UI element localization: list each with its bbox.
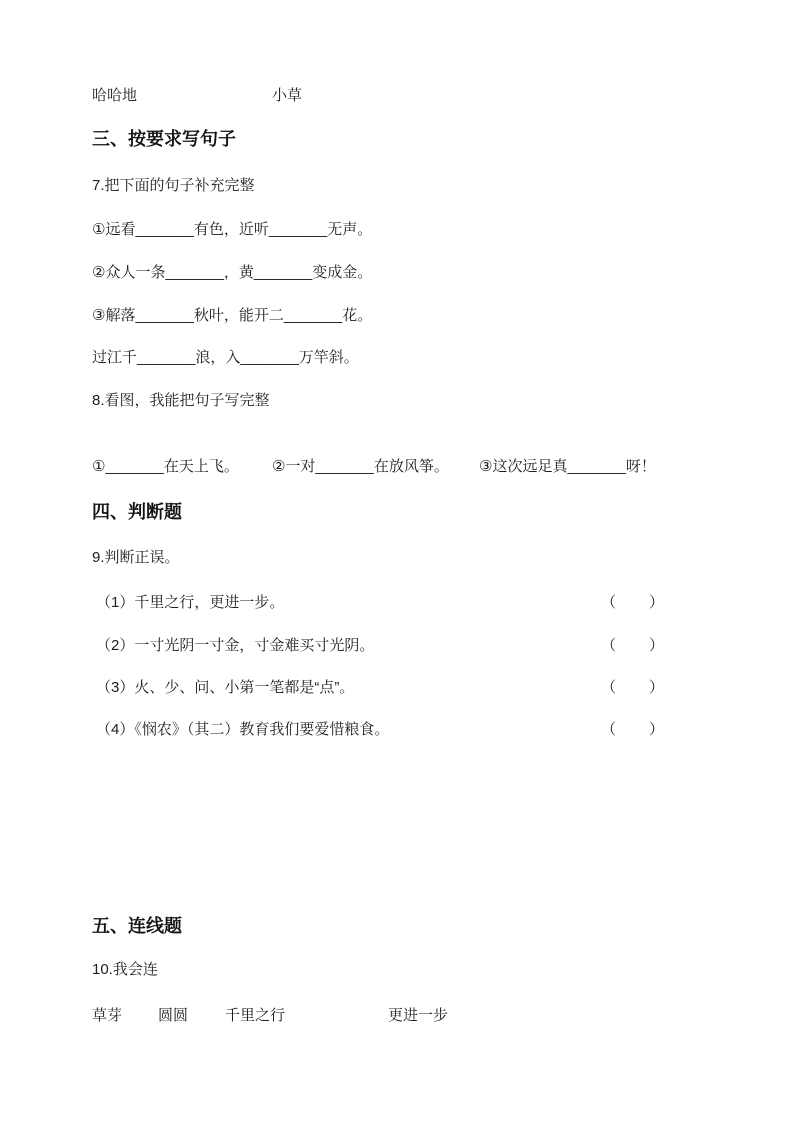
judgment-item-3: （3）火、少、问、小第一笔都是“点”。 （ ） <box>96 678 706 697</box>
leftover-match-row: 哈哈地 小草 <box>92 86 732 106</box>
judgment-item-1: （1）千里之行，更进一步。 （ ） <box>96 593 706 612</box>
judgment-item-3-text: （3）火、少、问、小第一笔都是“点”。 <box>96 679 354 696</box>
judgment-item-1-text: （1）千里之行，更进一步。 <box>96 594 284 611</box>
match-word-3: 千里之行 <box>225 1006 285 1025</box>
match-word-2: 圆圆 <box>158 1006 188 1025</box>
section-three-heading: 三、按要求写句子 <box>92 128 236 150</box>
question-7-fill-line-2: ②众人一条_______，黄_______变成金。 <box>92 263 372 282</box>
match-word-1: 草芽 <box>92 1006 122 1025</box>
section-five-heading: 五、连线题 <box>92 915 182 937</box>
judgment-item-2-text: （2）一寸光阴一寸金，寸金难买寸光阴。 <box>96 637 374 654</box>
answer-paren-open: （ <box>601 678 616 697</box>
answer-paren-close: ） <box>649 720 664 739</box>
answer-paren-open: （ <box>601 720 616 739</box>
question-9-label: 9.判断正误。 <box>92 548 180 567</box>
question-8-part-3: ③这次远足真_______呀！ <box>479 457 656 476</box>
leftover-word-left: 哈哈地 <box>92 86 137 105</box>
question-8-part-2: ②一对_______在放风筝。 <box>272 457 449 476</box>
question-7-fill-line-1: ①远看_______有色，近听_______无声。 <box>92 220 372 239</box>
answer-paren-open: （ <box>601 593 616 612</box>
answer-paren-close: ） <box>649 678 664 697</box>
match-word-4: 更进一步 <box>388 1006 448 1025</box>
question-8-label: 8.看图，我能把句子写完整 <box>92 391 270 410</box>
question-7-fill-line-4: 过江千_______浪，入_______万竿斜。 <box>92 348 359 367</box>
section-four-heading: 四、判断题 <box>92 501 182 523</box>
answer-paren-open: （ <box>601 636 616 655</box>
question-7-fill-line-3: ③解落_______秋叶，能开二_______花。 <box>92 306 372 325</box>
question-8-answer-row: ①_______在天上飞。 ②一对_______在放风筝。 ③这次远足真____… <box>92 457 732 477</box>
judgment-item-4: （4）《悯农》（其二）教育我们要爱惜粮食。 （ ） <box>96 720 706 739</box>
question-7-label: 7.把下面的句子补充完整 <box>92 176 255 195</box>
question-8-part-1: ①_______在天上飞。 <box>92 457 239 476</box>
judgment-item-4-text: （4）《悯农》（其二）教育我们要爱惜粮食。 <box>96 721 389 738</box>
worksheet-page: 哈哈地 小草 三、按要求写句子 7.把下面的句子补充完整 ①远看_______有… <box>0 0 793 1122</box>
leftover-word-right: 小草 <box>272 86 302 105</box>
question-10-match-row: 草芽 圆圆 千里之行 更进一步 <box>92 1006 732 1026</box>
answer-paren-close: ） <box>649 593 664 612</box>
question-10-label: 10.我会连 <box>92 960 158 979</box>
judgment-item-2: （2）一寸光阴一寸金，寸金难买寸光阴。 （ ） <box>96 636 706 655</box>
answer-paren-close: ） <box>649 636 664 655</box>
